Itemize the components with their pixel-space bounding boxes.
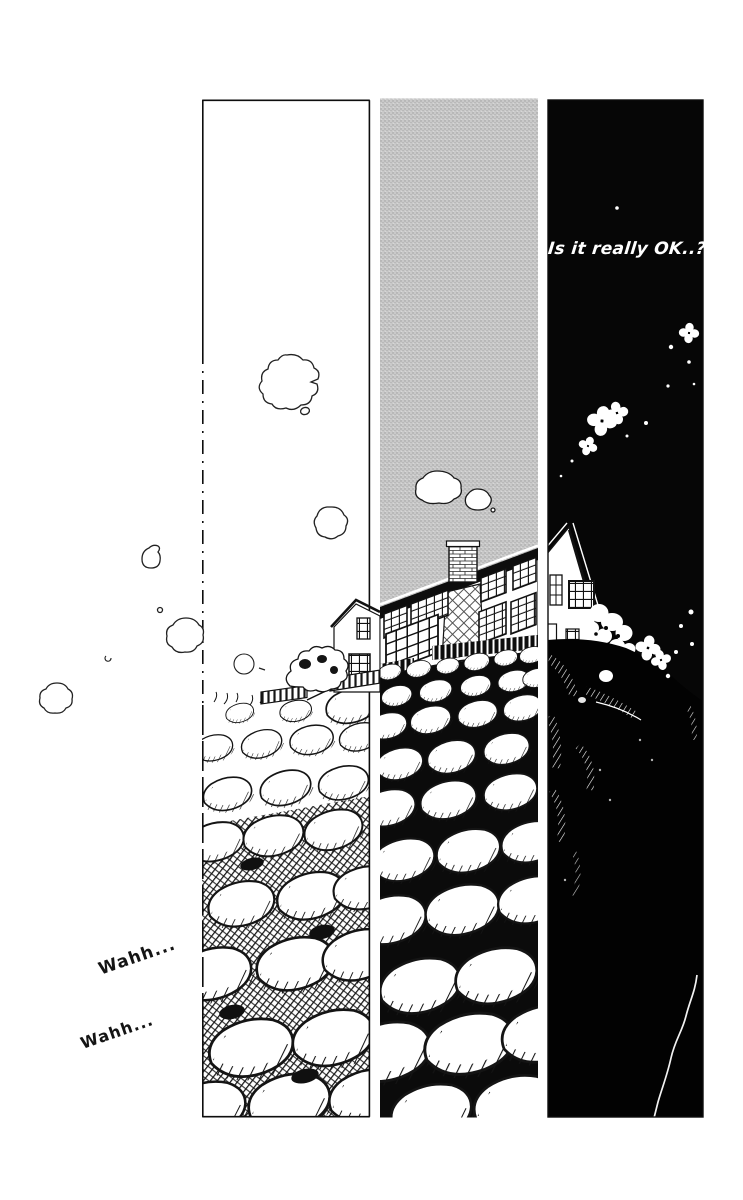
- margin-petal-blobs: [40, 545, 204, 713]
- manga-page: Is it really OK..? Wahh... Wahh...: [0, 0, 743, 1200]
- night-rocks: [548, 639, 705, 1118]
- dialogue-caption: Is it really OK..?: [547, 239, 704, 259]
- artwork: [0, 0, 743, 1200]
